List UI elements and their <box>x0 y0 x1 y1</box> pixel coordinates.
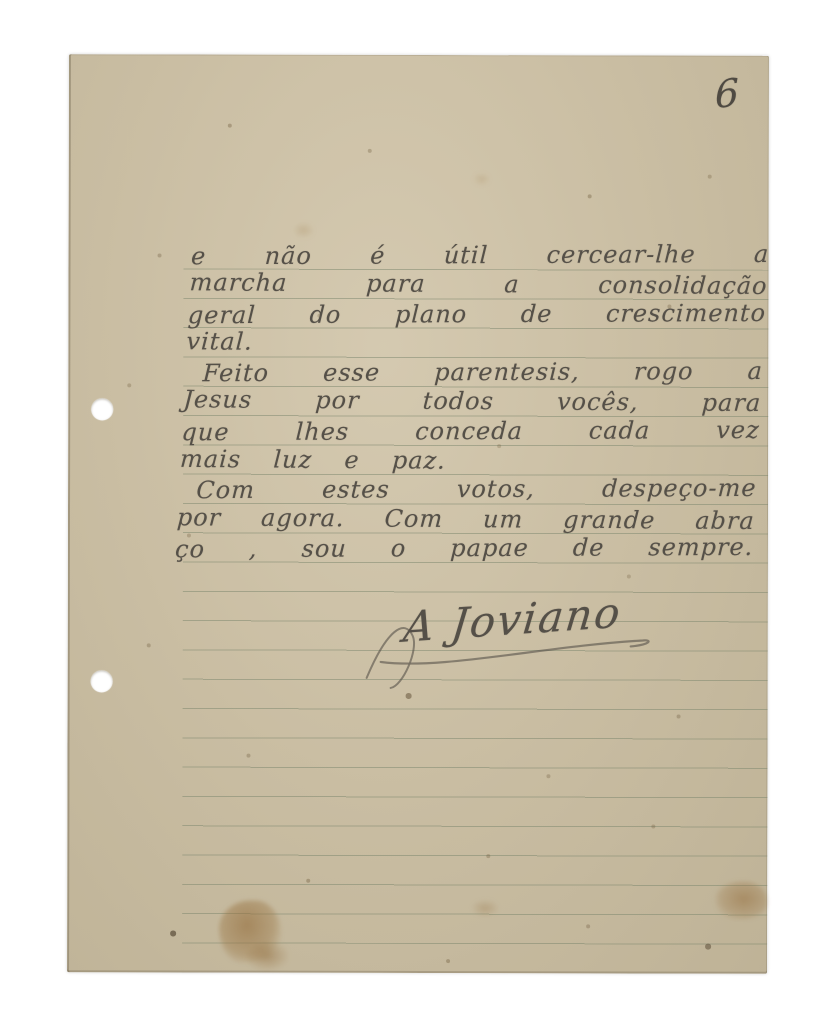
handwriting-line: geral do plano de crescimento <box>187 299 767 331</box>
handwriting-line: Feito esse parentesis, rogo a <box>184 357 764 389</box>
page-number: 6 <box>697 68 757 119</box>
stain-bottom-center <box>472 900 498 916</box>
handwriting-line: marcha para a consolidação <box>189 269 769 302</box>
handwriting-block: e não é útil cercear-lhe a marcha para a… <box>174 241 770 564</box>
handwriting-line: que lhes conceda cada vez <box>181 416 761 448</box>
handwriting-line: Jesus por todos vocês, para <box>182 386 762 419</box>
handwriting-line: ço , sou o papae de sempre. <box>174 533 754 565</box>
scan-background: 6 e não é útil cercear-lhe a marcha para… <box>0 0 829 1024</box>
handwriting-line: mais luz e paz. <box>179 445 447 476</box>
handwriting-line: Com estes votos, despeço-me <box>178 474 758 506</box>
stain-upper-center <box>474 173 490 185</box>
handwriting-line: vital. <box>186 327 766 360</box>
handwriting-line: e não é útil cercear-lhe a <box>190 240 770 272</box>
punch-hole-top <box>91 398 113 420</box>
stain-bottom-right <box>715 882 767 920</box>
letter-page: 6 e não é útil cercear-lhe a marcha para… <box>67 54 769 973</box>
handwriting-line: por agora. Com um grande abra <box>176 503 756 536</box>
paper-specks <box>69 54 71 56</box>
punch-hole-bottom <box>91 670 113 692</box>
stain-upper-left <box>294 223 314 238</box>
stain-bottom-left-tail <box>245 941 289 971</box>
